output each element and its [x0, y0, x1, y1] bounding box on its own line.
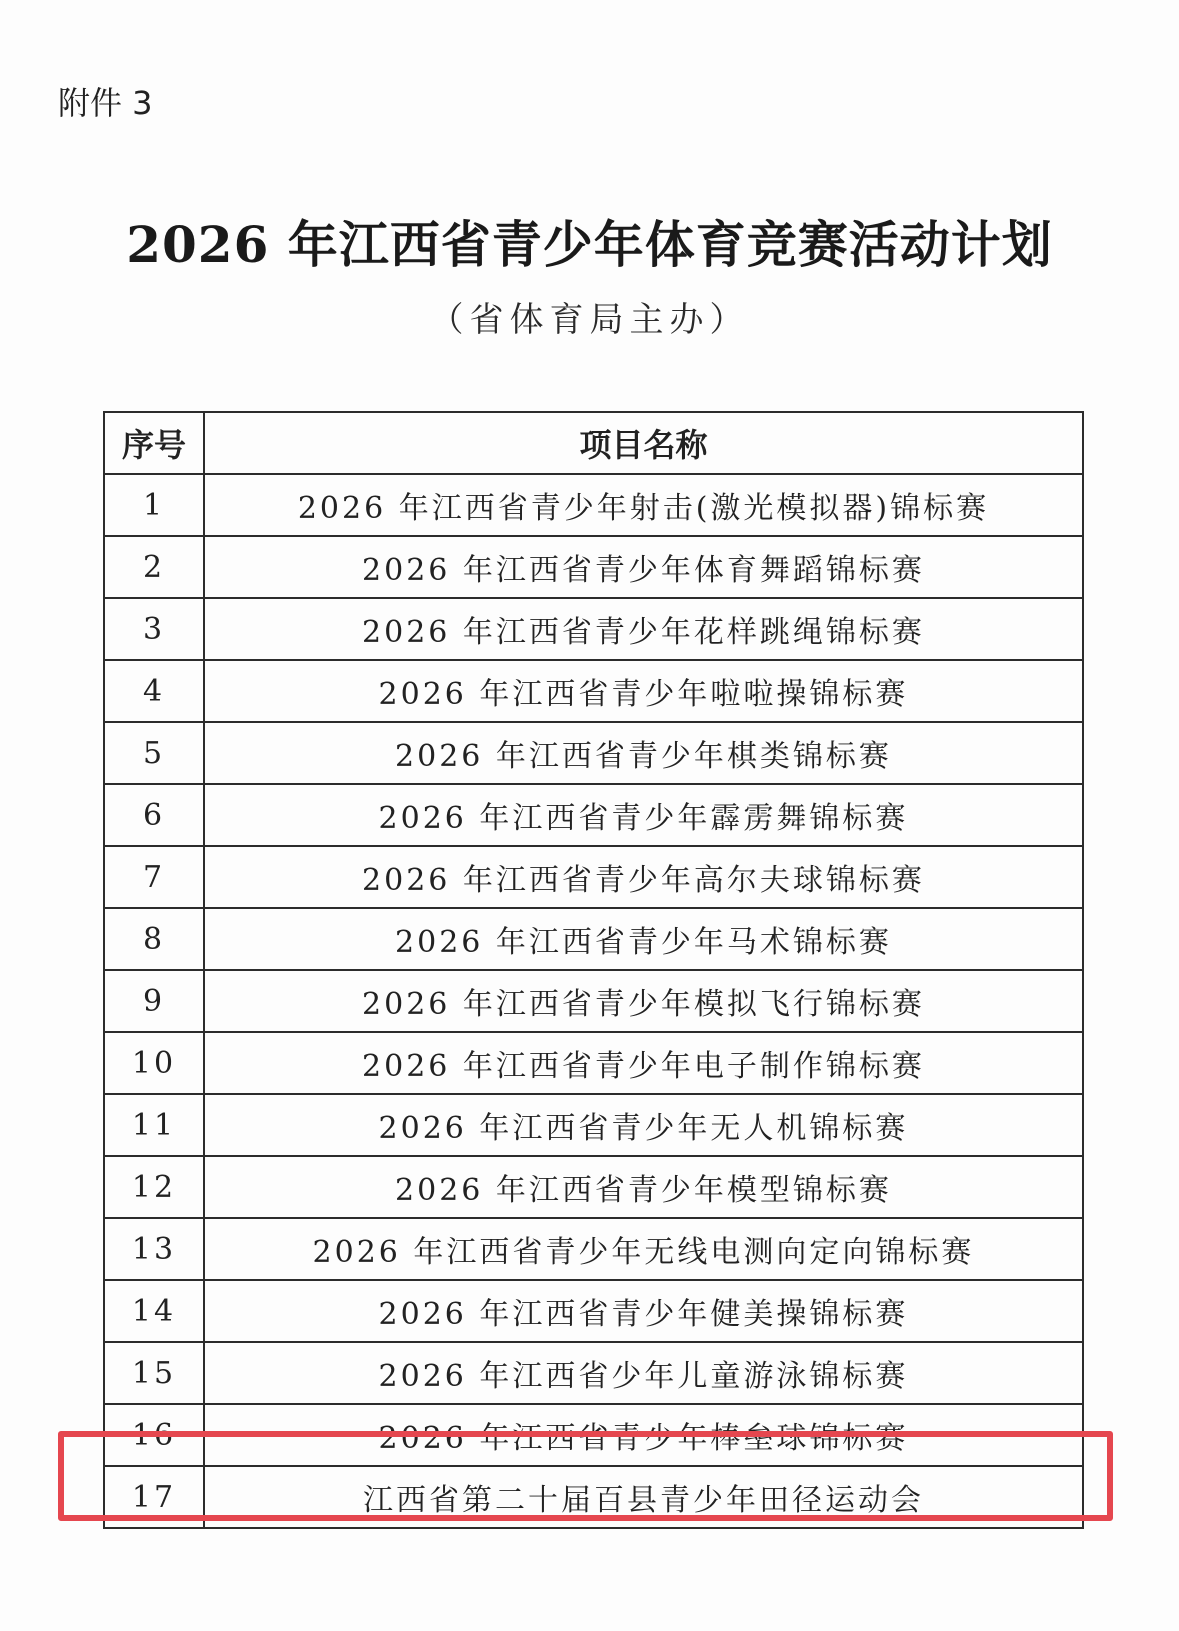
- table-row: 152026 年江西省少年儿童游泳锦标赛: [104, 1342, 1083, 1404]
- table-row: 132026 年江西省青少年无线电测向定向锦标赛: [104, 1218, 1083, 1280]
- row-number: 1: [104, 474, 204, 536]
- row-number: 5: [104, 722, 204, 784]
- row-number: 12: [104, 1156, 204, 1218]
- header-event-name: 项目名称: [204, 412, 1083, 474]
- row-number: 4: [104, 660, 204, 722]
- event-name: 2026 年江西省青少年健美操锦标赛: [204, 1280, 1083, 1342]
- table-row: 82026 年江西省青少年马术锦标赛: [104, 908, 1083, 970]
- row-number: 8: [104, 908, 204, 970]
- row-number: 11: [104, 1094, 204, 1156]
- competition-plan-table: 序号 项目名称 12026 年江西省青少年射击(激光模拟器)锦标赛 22026 …: [103, 411, 1084, 1529]
- table-row: 72026 年江西省青少年高尔夫球锦标赛: [104, 846, 1083, 908]
- event-name: 2026 年江西省青少年模拟飞行锦标赛: [204, 970, 1083, 1032]
- event-name: 2026 年江西省青少年体育舞蹈锦标赛: [204, 536, 1083, 598]
- table-row: 32026 年江西省青少年花样跳绳锦标赛: [104, 598, 1083, 660]
- table-header-row: 序号 项目名称: [104, 412, 1083, 474]
- event-name: 2026 年江西省青少年棒垒球锦标赛: [204, 1404, 1083, 1466]
- event-name: 2026 年江西省青少年马术锦标赛: [204, 908, 1083, 970]
- row-number: 10: [104, 1032, 204, 1094]
- row-number: 13: [104, 1218, 204, 1280]
- row-number: 15: [104, 1342, 204, 1404]
- event-name: 2026 年江西省少年儿童游泳锦标赛: [204, 1342, 1083, 1404]
- event-name: 2026 年江西省青少年花样跳绳锦标赛: [204, 598, 1083, 660]
- event-name: 2026 年江西省青少年高尔夫球锦标赛: [204, 846, 1083, 908]
- row-number: 2: [104, 536, 204, 598]
- row-number: 7: [104, 846, 204, 908]
- table-row: 12026 年江西省青少年射击(激光模拟器)锦标赛: [104, 474, 1083, 536]
- header-serial-number: 序号: [104, 412, 204, 474]
- table-row-highlighted: 162026 年江西省青少年棒垒球锦标赛: [104, 1404, 1083, 1466]
- table-row: 62026 年江西省青少年霹雳舞锦标赛: [104, 784, 1083, 846]
- event-name: 2026 年江西省青少年模型锦标赛: [204, 1156, 1083, 1218]
- table-row: 142026 年江西省青少年健美操锦标赛: [104, 1280, 1083, 1342]
- event-name: 2026 年江西省青少年无人机锦标赛: [204, 1094, 1083, 1156]
- table-row: 112026 年江西省青少年无人机锦标赛: [104, 1094, 1083, 1156]
- row-number: 16: [104, 1404, 204, 1466]
- table-row: 102026 年江西省青少年电子制作锦标赛: [104, 1032, 1083, 1094]
- table-row: 122026 年江西省青少年模型锦标赛: [104, 1156, 1083, 1218]
- table-row: 92026 年江西省青少年模拟飞行锦标赛: [104, 970, 1083, 1032]
- table-row: 22026 年江西省青少年体育舞蹈锦标赛: [104, 536, 1083, 598]
- event-name: 江西省第二十届百县青少年田径运动会: [204, 1466, 1083, 1528]
- row-number: 3: [104, 598, 204, 660]
- table-row: 52026 年江西省青少年棋类锦标赛: [104, 722, 1083, 784]
- event-name: 2026 年江西省青少年电子制作锦标赛: [204, 1032, 1083, 1094]
- event-name: 2026 年江西省青少年射击(激光模拟器)锦标赛: [204, 474, 1083, 536]
- document-title: 2026 年江西省青少年体育竞赛活动计划: [0, 205, 1179, 277]
- row-number: 14: [104, 1280, 204, 1342]
- document-subtitle: （省体育局主办）: [0, 292, 1179, 341]
- table-row: 17江西省第二十届百县青少年田径运动会: [104, 1466, 1083, 1528]
- event-name: 2026 年江西省青少年无线电测向定向锦标赛: [204, 1218, 1083, 1280]
- event-name: 2026 年江西省青少年霹雳舞锦标赛: [204, 784, 1083, 846]
- attachment-label: 附件 3: [58, 78, 153, 124]
- row-number: 9: [104, 970, 204, 1032]
- event-name: 2026 年江西省青少年棋类锦标赛: [204, 722, 1083, 784]
- row-number: 6: [104, 784, 204, 846]
- table-row: 42026 年江西省青少年啦啦操锦标赛: [104, 660, 1083, 722]
- row-number: 17: [104, 1466, 204, 1528]
- event-name: 2026 年江西省青少年啦啦操锦标赛: [204, 660, 1083, 722]
